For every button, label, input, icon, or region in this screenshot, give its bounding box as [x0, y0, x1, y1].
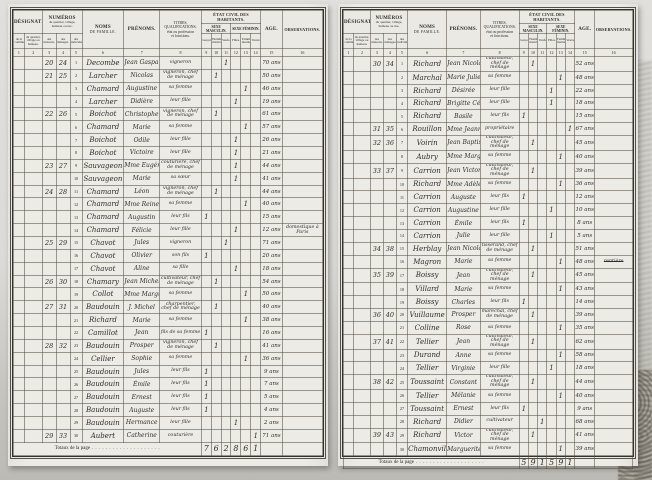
- header-garcons-label: Garçons.: [520, 39, 528, 42]
- cell-etat-civil-5: 1: [556, 321, 565, 334]
- cell-etat-civil-5: [556, 229, 565, 242]
- cell-nom: Boissy: [408, 296, 447, 309]
- table-row: 283223BaudouinProspervigneron, chef de m…: [14, 339, 323, 352]
- header-veufs-label: Veufs.: [538, 39, 546, 42]
- cell-etat-civil-1: 1: [201, 365, 211, 378]
- cell-titre: tisserand, chef de ménage: [480, 242, 519, 255]
- cell-etat-civil-4: [547, 415, 556, 428]
- cell-numero-individu: 13: [70, 211, 82, 224]
- cell-numero-individu: 18: [70, 275, 82, 288]
- cell-etat-civil-2: [211, 159, 221, 172]
- cell-numero-individu: 14: [70, 224, 82, 237]
- header-titres-title: TITRES, QUALIFICATIONS, état ou professi…: [160, 21, 201, 38]
- cell-prenom: Jean Nicolas: [447, 57, 481, 72]
- cell-etat-civil-6: [565, 217, 574, 230]
- cell-etat-civil-2: [211, 82, 221, 95]
- cell-observation: [282, 185, 322, 198]
- cell-etat-civil-6: [251, 249, 261, 262]
- cell-numero-maison: [42, 391, 56, 404]
- header-veuves-label: Veuves.: [251, 39, 260, 42]
- cell-etat-civil-3: [538, 268, 547, 283]
- cell-etat-civil-5: [556, 123, 565, 136]
- table-row: 22CamillotJeanfils de sa femme116 ans: [14, 327, 323, 340]
- cell-prenom: Augustin: [124, 211, 160, 224]
- header-etat-civil: ÉTAT CIVIL DES HABITANTS.: [519, 11, 574, 24]
- column-number: 8: [160, 50, 201, 55]
- cell-designation-1: [344, 191, 354, 204]
- cell-etat-civil-1: 1: [519, 110, 528, 123]
- cell-etat-civil-5: [241, 172, 251, 185]
- header-individus-label: des individus.: [71, 38, 82, 45]
- header-menages-label: des ménages.: [384, 38, 396, 45]
- cell-nom: Baudouin: [82, 339, 124, 352]
- cell-titre: leur fils: [480, 217, 519, 230]
- cell-titre: sa fille: [160, 262, 202, 275]
- cell-etat-civil-3: [221, 224, 231, 237]
- header-noms-line2: DE FAMILLE.: [408, 30, 446, 34]
- cell-etat-civil-5: 1: [556, 349, 565, 362]
- cell-titre: leur fils: [160, 211, 202, 224]
- cell-etat-civil-2: [528, 229, 537, 242]
- cell-etat-civil-6: [565, 334, 574, 349]
- cell-etat-civil-3: [538, 402, 547, 415]
- cell-numero-maison: 24: [42, 185, 56, 198]
- cell-age: 46 ans: [261, 82, 283, 95]
- cell-etat-civil-4: [231, 301, 241, 314]
- column-number: 4: [57, 50, 70, 55]
- cell-observation: [282, 147, 322, 160]
- cell-etat-civil-1: [519, 415, 528, 428]
- table-header: DÉSIGNATION NUMÉROS du quartier, village…: [344, 11, 633, 57]
- cell-nom: Larcher: [82, 69, 124, 82]
- cell-etat-civil-5: [556, 204, 565, 217]
- table-row: 8BoichotVictoireleur fille121 ans: [14, 147, 323, 160]
- cell-designation-1: [14, 378, 25, 391]
- cell-numero-menage: [56, 211, 70, 224]
- header-noms: NOMS DE FAMILLE.: [408, 11, 447, 49]
- header-maisons: des maisons.: [370, 34, 383, 49]
- cell-etat-civil-1: [201, 82, 211, 95]
- cell-etat-civil-3: [221, 352, 231, 365]
- totals-value-1: 7: [201, 442, 211, 455]
- cell-etat-civil-4: [547, 255, 556, 268]
- cell-etat-civil-1: [519, 268, 528, 283]
- cell-designation-1: [344, 204, 354, 217]
- cell-titre: sa femme: [160, 82, 202, 95]
- cell-nom: Toussaint: [408, 402, 447, 415]
- cell-etat-civil-1: [519, 242, 528, 255]
- cell-designation-1: [14, 147, 25, 160]
- column-number: 11: [538, 50, 546, 55]
- cell-etat-civil-6: [251, 185, 261, 198]
- column-number: 8: [481, 50, 519, 55]
- cell-prenom: Aline: [124, 262, 160, 275]
- cell-etat-civil-3: [538, 229, 547, 242]
- cell-numero-maison: [370, 84, 383, 97]
- cell-designation-2: [24, 237, 42, 250]
- cell-etat-civil-5: [556, 428, 565, 443]
- cell-nom: Carrion: [408, 163, 447, 178]
- cell-etat-civil-6: [251, 404, 261, 417]
- table-row: 242811ChamardLéonvigneron, chef de ménag…: [14, 185, 323, 198]
- cell-etat-civil-5: [241, 185, 251, 198]
- cell-nom: Camillot: [82, 327, 124, 340]
- table-row: 25BaudouinJulesleur fils19 ans: [14, 365, 323, 378]
- cell-titre: sa femme: [160, 288, 202, 301]
- cell-numero-menage: [383, 110, 396, 123]
- header-etat-civil-title: ÉTAT CIVIL DES HABITANTS.: [520, 12, 574, 22]
- cell-age: 71 ans: [261, 237, 283, 250]
- cell-etat-civil-2: [211, 172, 221, 185]
- cell-numero-menage: [56, 327, 70, 340]
- cell-nom: Toussaint: [408, 375, 447, 390]
- cell-numero-individu: 26: [70, 378, 82, 391]
- table-row: 293330AubertCatherinecouturière171 ans: [14, 429, 323, 442]
- cell-etat-civil-3: [538, 136, 547, 151]
- cell-prenom: Marie: [124, 172, 160, 185]
- cell-titre: sa femme: [160, 352, 202, 365]
- totals-value-1: 5: [519, 456, 528, 469]
- cell-etat-civil-1: [201, 275, 211, 288]
- column-number: 10: [529, 50, 537, 55]
- cell-titre: leur fille: [480, 204, 519, 217]
- cell-etat-civil-5: [241, 327, 251, 340]
- cell-etat-civil-4: [231, 249, 241, 262]
- totals-age-blank: [575, 456, 595, 469]
- cell-etat-civil-4: [231, 288, 241, 301]
- cell-observation: [282, 82, 322, 95]
- cell-numero-menage: [56, 352, 70, 365]
- header-sexe-feminin-title: SEXE FÉMININ.: [231, 27, 260, 31]
- cell-designation-2: [354, 136, 371, 151]
- cell-prenom: Jean: [447, 334, 481, 349]
- cell-etat-civil-4: [231, 237, 241, 250]
- cell-observation: [595, 217, 633, 230]
- cell-etat-civil-4: [547, 268, 556, 283]
- cell-etat-civil-2: [211, 352, 221, 365]
- header-noms-line2: DE FAMILLE.: [83, 30, 124, 34]
- cell-numero-menage: [56, 134, 70, 147]
- cell-etat-civil-4: 1: [231, 224, 241, 237]
- cell-prenom: Virginie: [447, 362, 481, 375]
- cell-observation: [282, 275, 322, 288]
- cell-nom: Richard: [408, 110, 447, 123]
- cell-age: 15 ans: [261, 211, 283, 224]
- cell-etat-civil-4: [547, 402, 556, 415]
- cell-observation: [595, 283, 633, 296]
- cell-titre: fils de sa femme: [160, 327, 202, 340]
- cell-titre: cultivateur: [480, 415, 519, 428]
- cell-numero-menage: [383, 321, 396, 334]
- header-noms: NOMS DE FAMILLE.: [82, 11, 124, 49]
- cell-numero-maison: [42, 95, 56, 108]
- cell-etat-civil-5: [556, 296, 565, 309]
- cell-etat-civil-3: [221, 404, 231, 417]
- cell-numero-menage: [383, 283, 396, 296]
- cell-nom: Voirin: [408, 136, 447, 151]
- cell-etat-civil-2: [211, 134, 221, 147]
- cell-designation-1: [14, 352, 25, 365]
- cell-nom: Durand: [408, 349, 447, 362]
- cell-etat-civil-4: [547, 334, 556, 349]
- cell-designation-2: [354, 362, 371, 375]
- cell-numero-maison: [370, 402, 383, 415]
- cell-numero-menage: 24: [56, 57, 70, 70]
- header-garcons-label: Garçons.: [202, 39, 211, 42]
- cell-age: 43 ans: [575, 283, 595, 296]
- totals-value-6: 1: [251, 442, 261, 455]
- totals-label: Totaux de la page: [344, 456, 520, 469]
- cell-designation-2: [354, 283, 371, 296]
- cell-etat-civil-5: [556, 268, 565, 283]
- cell-age: 61 ans: [261, 108, 283, 121]
- cell-age: 22 ans: [575, 84, 595, 97]
- cell-observation: [282, 134, 322, 147]
- cell-nom: Marchal: [408, 71, 447, 84]
- cell-etat-civil-6: [251, 211, 261, 224]
- cell-prenom: Mme Marguerite: [447, 150, 481, 163]
- cell-prenom: Prosper: [124, 339, 160, 352]
- cell-numero-maison: [370, 229, 383, 242]
- cell-titre: leur fille: [160, 95, 202, 108]
- cell-prenom: Anne: [447, 349, 481, 362]
- cell-numero-menage: [56, 404, 70, 417]
- cell-etat-civil-3: [221, 108, 231, 121]
- header-filles-label: Filles.: [231, 39, 240, 42]
- cell-nom: Richard: [408, 428, 447, 443]
- cell-age: 35 ans: [575, 321, 595, 334]
- header-numeros-subtitle: du quartier, village, hameau ou rue.: [371, 21, 407, 28]
- cell-designation-1: [14, 57, 25, 70]
- cell-etat-civil-5: [556, 110, 565, 123]
- cell-numero-individu: 10: [70, 172, 82, 185]
- cell-numero-individu: 1: [70, 57, 82, 70]
- header-maisons-label: des maisons.: [43, 38, 56, 45]
- header-prenoms: PRÉNOMS.: [447, 11, 481, 49]
- cell-etat-civil-6: [251, 314, 261, 327]
- table-row: 21RichardMariesa femme138 ans: [14, 314, 323, 327]
- cell-designation-1: [344, 390, 354, 403]
- cell-designation-2: [24, 134, 42, 147]
- cell-etat-civil-3: [221, 314, 231, 327]
- table-row: 22265BoichotChristophevigneron, chef de …: [14, 108, 323, 121]
- totals-age-blank: [261, 442, 283, 455]
- header-designation: DÉSIGNATION: [344, 11, 371, 34]
- cell-age: 36 ans: [575, 178, 595, 191]
- cell-etat-civil-6: [251, 301, 261, 314]
- cell-age: 45 ans: [575, 136, 595, 151]
- totals-value-3: 1: [538, 456, 547, 469]
- cell-etat-civil-2: 1: [211, 339, 221, 352]
- cell-etat-civil-4: [547, 150, 556, 163]
- cell-etat-civil-6: [565, 191, 574, 204]
- cell-etat-civil-3: [538, 204, 547, 217]
- cell-etat-civil-5: [241, 378, 251, 391]
- cell-designation-1: [14, 417, 25, 430]
- cell-nom: Colline: [408, 321, 447, 334]
- cell-etat-civil-6: [565, 229, 574, 242]
- totals-value-2: 6: [211, 442, 221, 455]
- cell-designation-1: [344, 123, 354, 136]
- cell-numero-menage: [383, 191, 396, 204]
- cell-titre: leur fils: [160, 404, 202, 417]
- cell-etat-civil-2: [528, 217, 537, 230]
- cell-etat-civil-4: [231, 327, 241, 340]
- cell-designation-1: [344, 428, 354, 443]
- cell-numero-maison: [42, 352, 56, 365]
- cell-etat-civil-5: [556, 136, 565, 151]
- header-designation-sub1-label: de la commune.: [344, 38, 353, 45]
- cell-designation-1: [344, 97, 354, 110]
- cell-etat-civil-3: [221, 95, 231, 108]
- cell-titre: sa femme: [160, 314, 202, 327]
- header-hommes-maries: Hommes mariés.: [211, 34, 221, 49]
- cell-prenom: Émile: [124, 378, 160, 391]
- cell-etat-civil-4: [547, 110, 556, 123]
- cell-etat-civil-4: 1: [231, 159, 241, 172]
- cell-etat-civil-5: [241, 224, 251, 237]
- cell-etat-civil-4: 1: [231, 95, 241, 108]
- cell-numero-individu: 28: [70, 404, 82, 417]
- cell-numero-individu: 3: [70, 82, 82, 95]
- header-menages-label: des ménages.: [57, 38, 70, 45]
- cell-etat-civil-1: [519, 150, 528, 163]
- column-number: 12: [231, 50, 240, 55]
- cell-etat-civil-1: [201, 262, 211, 275]
- cell-etat-civil-5: 1: [556, 178, 565, 191]
- cell-numero-individu: 3: [396, 84, 407, 97]
- cell-etat-civil-3: [221, 198, 231, 211]
- cell-prenom: Basile: [447, 110, 481, 123]
- cell-numero-maison: [370, 191, 383, 204]
- cell-etat-civil-4: [231, 121, 241, 134]
- cell-etat-civil-3: [221, 301, 231, 314]
- cell-nom: Baudouin: [82, 378, 124, 391]
- cell-designation-1: [344, 217, 354, 230]
- cell-etat-civil-1: [201, 95, 211, 108]
- cell-numero-maison: 26: [42, 275, 56, 288]
- cell-designation-1: [14, 121, 25, 134]
- cell-prenom: Marie: [447, 283, 481, 296]
- cell-prenom: Mme Adèle: [447, 178, 481, 191]
- header-numeros: NUMÉROS du quartier, village, hameau ou …: [42, 11, 82, 34]
- table-row: 10RichardMme Adèlesa femme136 ans: [344, 178, 633, 191]
- cell-age: 41 ans: [261, 339, 283, 352]
- cell-prenom: Jean Victor: [447, 163, 481, 178]
- column-number: 5: [397, 50, 407, 55]
- cell-etat-civil-3: [538, 191, 547, 204]
- cell-titre: cultivateur, chef de ménage: [160, 275, 202, 288]
- table-row: 24TellierVirginieleur fille118 ans: [344, 362, 633, 375]
- column-number: 2: [25, 50, 42, 55]
- cell-etat-civil-3: [221, 365, 231, 378]
- cell-numero-maison: [42, 288, 56, 301]
- cell-numero-individu: 9: [396, 163, 407, 178]
- cell-numero-menage: [383, 217, 396, 230]
- cell-designation-1: [14, 69, 25, 82]
- cell-numero-individu: 29: [70, 417, 82, 430]
- cell-titre: sa femme: [160, 198, 202, 211]
- cell-etat-civil-3: [538, 150, 547, 163]
- cell-nom: Vuillaume: [408, 309, 447, 322]
- header-hommes-maries: Hommes mariés.: [528, 34, 537, 49]
- table-row: 5RichardBasileleur fils115 ans: [344, 110, 633, 123]
- header-designation-title: DÉSIGNATION: [14, 20, 42, 25]
- cell-designation-2: [24, 275, 42, 288]
- cell-designation-1: [14, 198, 25, 211]
- cell-age: 14 ans: [575, 296, 595, 309]
- cell-nom: Sauvageon: [82, 172, 124, 185]
- cell-numero-menage: 33: [56, 429, 70, 442]
- cell-numero-maison: [42, 134, 56, 147]
- cell-age: 7 ans: [261, 378, 283, 391]
- cell-etat-civil-1: [201, 288, 211, 301]
- cell-etat-civil-3: 1: [221, 57, 231, 70]
- cell-designation-1: [14, 159, 25, 172]
- header-sexe-feminin: SEXE FÉMININ.: [547, 24, 575, 34]
- cell-age: 38 ans: [261, 314, 283, 327]
- cell-designation-2: [354, 229, 371, 242]
- cell-etat-civil-3: [538, 309, 547, 322]
- header-age: AGE.: [575, 11, 595, 49]
- cell-nom: Baudouin: [82, 301, 124, 314]
- cell-titre: vigneron, chef de ménage: [160, 339, 202, 352]
- cell-etat-civil-5: [241, 211, 251, 224]
- cell-etat-civil-2: 1: [211, 275, 221, 288]
- cell-etat-civil-4: 1: [231, 172, 241, 185]
- cell-age: 16 ans: [261, 327, 283, 340]
- cell-numero-menage: 34: [383, 57, 396, 72]
- cell-etat-civil-1: 1: [201, 378, 211, 391]
- header-age: AGE.: [261, 11, 283, 49]
- cell-etat-civil-1: [201, 314, 211, 327]
- cell-etat-civil-4: [231, 211, 241, 224]
- cell-etat-civil-6: [251, 417, 261, 430]
- cell-etat-civil-6: [565, 309, 574, 322]
- cell-designation-2: [24, 69, 42, 82]
- cell-etat-civil-5: 1: [556, 283, 565, 296]
- cell-numero-maison: 31: [370, 123, 383, 136]
- cell-designation-1: [14, 249, 25, 262]
- cell-observation: [595, 57, 633, 72]
- cell-numero-menage: [56, 95, 70, 108]
- cell-prenom: Sophie: [124, 352, 160, 365]
- cell-etat-civil-4: [231, 275, 241, 288]
- cell-etat-civil-6: [251, 69, 261, 82]
- cell-numero-menage: [383, 443, 396, 456]
- cell-etat-civil-3: [221, 288, 231, 301]
- table-row: 33379CarrionJean Victorcultivateur, chef…: [344, 163, 633, 178]
- cell-numero-maison: 28: [42, 339, 56, 352]
- header-individus-label: des individus.: [397, 38, 407, 45]
- cell-age: 40 ans: [575, 390, 595, 403]
- header-observations-title: OBSERVATIONS.: [283, 27, 322, 32]
- cell-etat-civil-6: [251, 365, 261, 378]
- cell-prenom: Catherine: [124, 429, 160, 442]
- cell-etat-civil-6: [565, 178, 574, 191]
- cell-etat-civil-1: [519, 229, 528, 242]
- cell-designation-2: [354, 150, 371, 163]
- cell-age: 44 ans: [575, 375, 595, 390]
- cell-etat-civil-2: [528, 321, 537, 334]
- cell-designation-2: [354, 443, 371, 456]
- cell-etat-civil-1: 1: [201, 327, 211, 340]
- totals-value-6: 1: [565, 456, 574, 469]
- cell-etat-civil-3: [221, 249, 231, 262]
- cell-observation: [282, 327, 322, 340]
- cell-etat-civil-4: [231, 429, 241, 442]
- cell-titre: sa femme: [480, 283, 519, 296]
